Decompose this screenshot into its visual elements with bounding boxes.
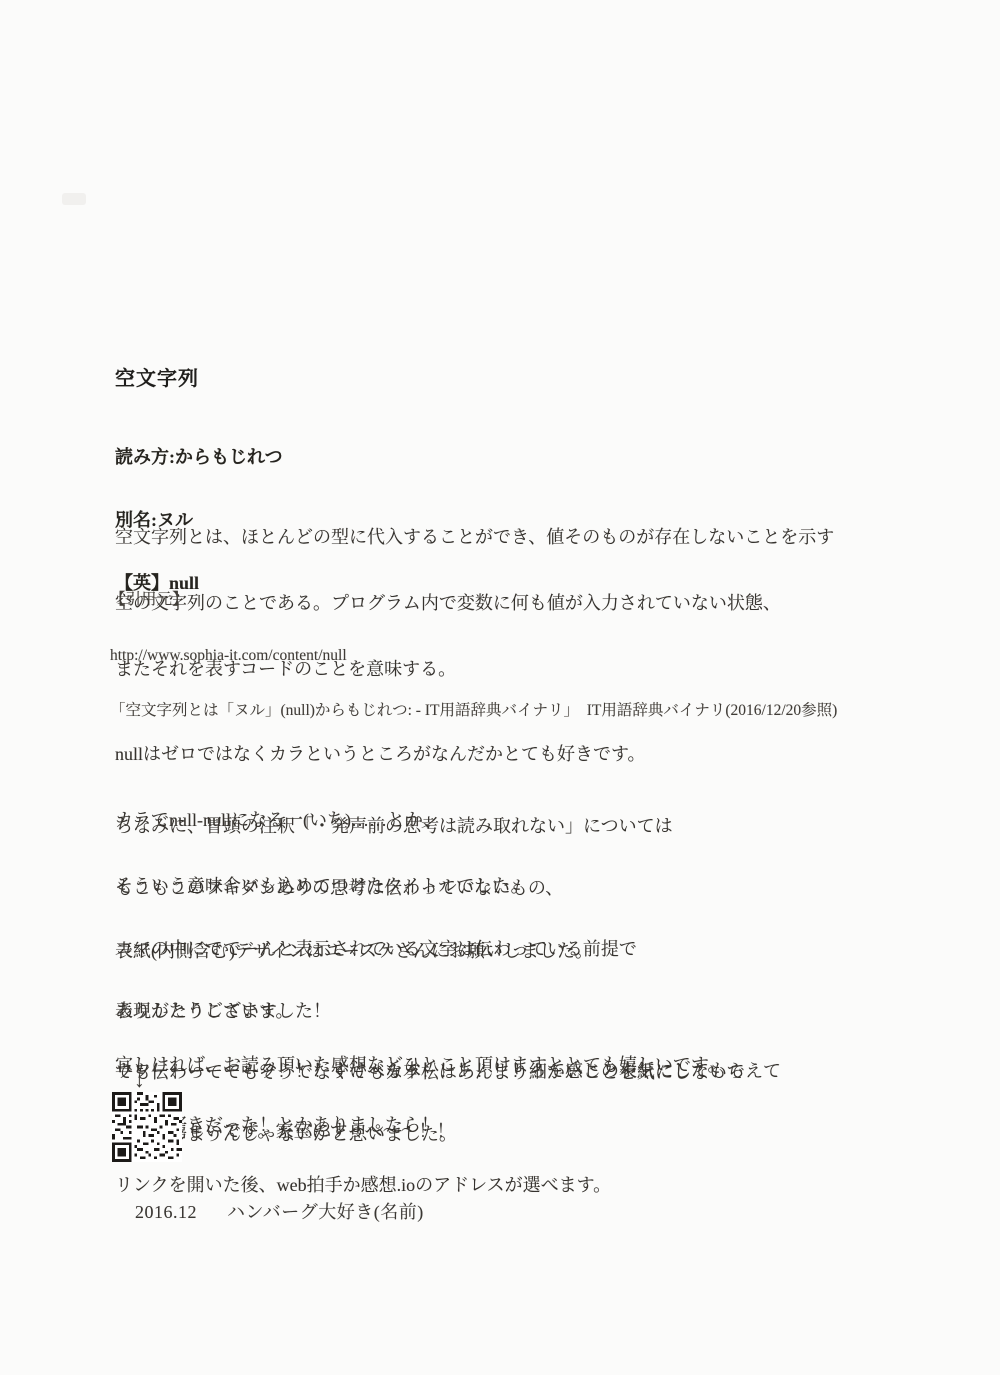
qr-code bbox=[112, 1092, 182, 1162]
text-line: nullはゼロではなくカラというところがなんだかとても好きです。 bbox=[115, 743, 646, 765]
text-line: 表紙(内側含む)デザインはユースケさんにお願いしました。 bbox=[115, 941, 781, 961]
footer-credit-line: 2016.12ハンバーグ大好き(名前) bbox=[115, 1177, 424, 1245]
citation-label: 【引用元】 bbox=[110, 591, 837, 610]
text-line: 宜しければ、お読み頂いた感想などひとこと頂けますととても嬉しいです。 bbox=[115, 1055, 726, 1075]
scan-artifact bbox=[62, 193, 86, 205]
text-line: もこもこのフキダシありの思考は伝わっていないもの、 bbox=[115, 878, 745, 899]
text-line: ここが好きだった！とかありましたら！ bbox=[115, 1115, 726, 1135]
text-line: ちなみに、冒頭の注釈「・発声前の思考は読み取れない」については bbox=[115, 816, 745, 837]
citation-url: http://www.sophia-it.com/content/null bbox=[110, 647, 837, 666]
footer-credit: ハンバーグ大好き(名前) bbox=[227, 1202, 424, 1222]
footer-date: 2016.12 bbox=[135, 1202, 197, 1222]
definition-line: 空文字列とは、ほとんどの型に代入することができ、値そのものが存在しないことを示す bbox=[115, 526, 834, 548]
entry-reading: 読み方:からもじれつ bbox=[115, 447, 283, 468]
entry-title: 空文字列 bbox=[115, 362, 199, 391]
down-arrow-icon: ↓ bbox=[134, 1068, 145, 1093]
scanned-afterword-page: 空文字列 読み方:からもじれつ 別名:ヌル 【英】null 空文字列とは、ほとん… bbox=[0, 0, 1000, 1375]
